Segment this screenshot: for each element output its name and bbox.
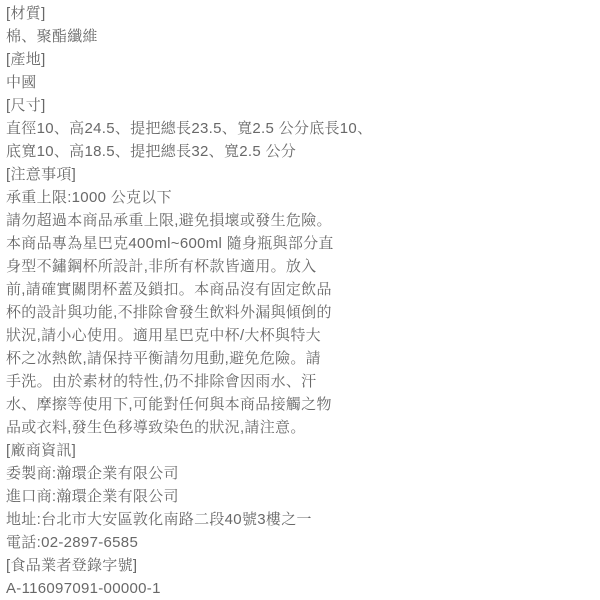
- section-heading: [材質]: [6, 2, 590, 25]
- description-line: 中國: [6, 71, 590, 94]
- description-line: 底寬10、高18.5、提把總長32、寬2.5 公分: [6, 140, 590, 163]
- section-heading: [注意事項]: [6, 163, 590, 186]
- description-line: 委製商:瀚環企業有限公司: [6, 462, 590, 485]
- description-line: 水、摩擦等使用下,可能對任何與本商品接觸之物: [6, 393, 590, 416]
- product-detail-page: [材質]棉、聚酯纖維[產地]中國[尺寸]直徑10、高24.5、提把總長23.5、…: [0, 0, 600, 600]
- description-line: 承重上限:1000 公克以下: [6, 186, 590, 209]
- description-line: 請勿超過本商品承重上限,避免損壞或發生危險。: [6, 209, 590, 232]
- description-line: 直徑10、高24.5、提把總長23.5、寬2.5 公分底長10、: [6, 117, 590, 140]
- section-heading: [廠商資訊]: [6, 439, 590, 462]
- description-line: 狀況,請小心使用。適用星巴克中杯/大杯與特大: [6, 324, 590, 347]
- description-line: 杯之冰熱飲,請保持平衡請勿甩動,避免危險。請: [6, 347, 590, 370]
- section-heading: [產地]: [6, 48, 590, 71]
- product-description: [材質]棉、聚酯纖維[產地]中國[尺寸]直徑10、高24.5、提把總長23.5、…: [6, 2, 590, 600]
- description-line: A-116097091-00000-1: [6, 577, 590, 600]
- description-line: 棉、聚酯纖維: [6, 25, 590, 48]
- description-line: 身型不鏽鋼杯所設計,非所有杯款皆適用。放入: [6, 255, 590, 278]
- description-line: 品或衣料,發生色移導致染色的狀況,請注意。: [6, 416, 590, 439]
- section-heading: [食品業者登錄字號]: [6, 554, 590, 577]
- description-line: 電話:02-2897-6585: [6, 531, 590, 554]
- section-heading: [尺寸]: [6, 94, 590, 117]
- description-line: 杯的設計與功能,不排除會發生飲料外漏與傾倒的: [6, 301, 590, 324]
- description-line: 進口商:瀚環企業有限公司: [6, 485, 590, 508]
- description-line: 地址:台北市大安區敦化南路二段40號3樓之一: [6, 508, 590, 531]
- description-line: 手洗。由於素材的特性,仍不排除會因雨水、汗: [6, 370, 590, 393]
- description-line: 本商品專為星巴克400ml~600ml 隨身瓶與部分直: [6, 232, 590, 255]
- description-line: 前,請確實關閉杯蓋及鎖扣。本商品沒有固定飲品: [6, 278, 590, 301]
